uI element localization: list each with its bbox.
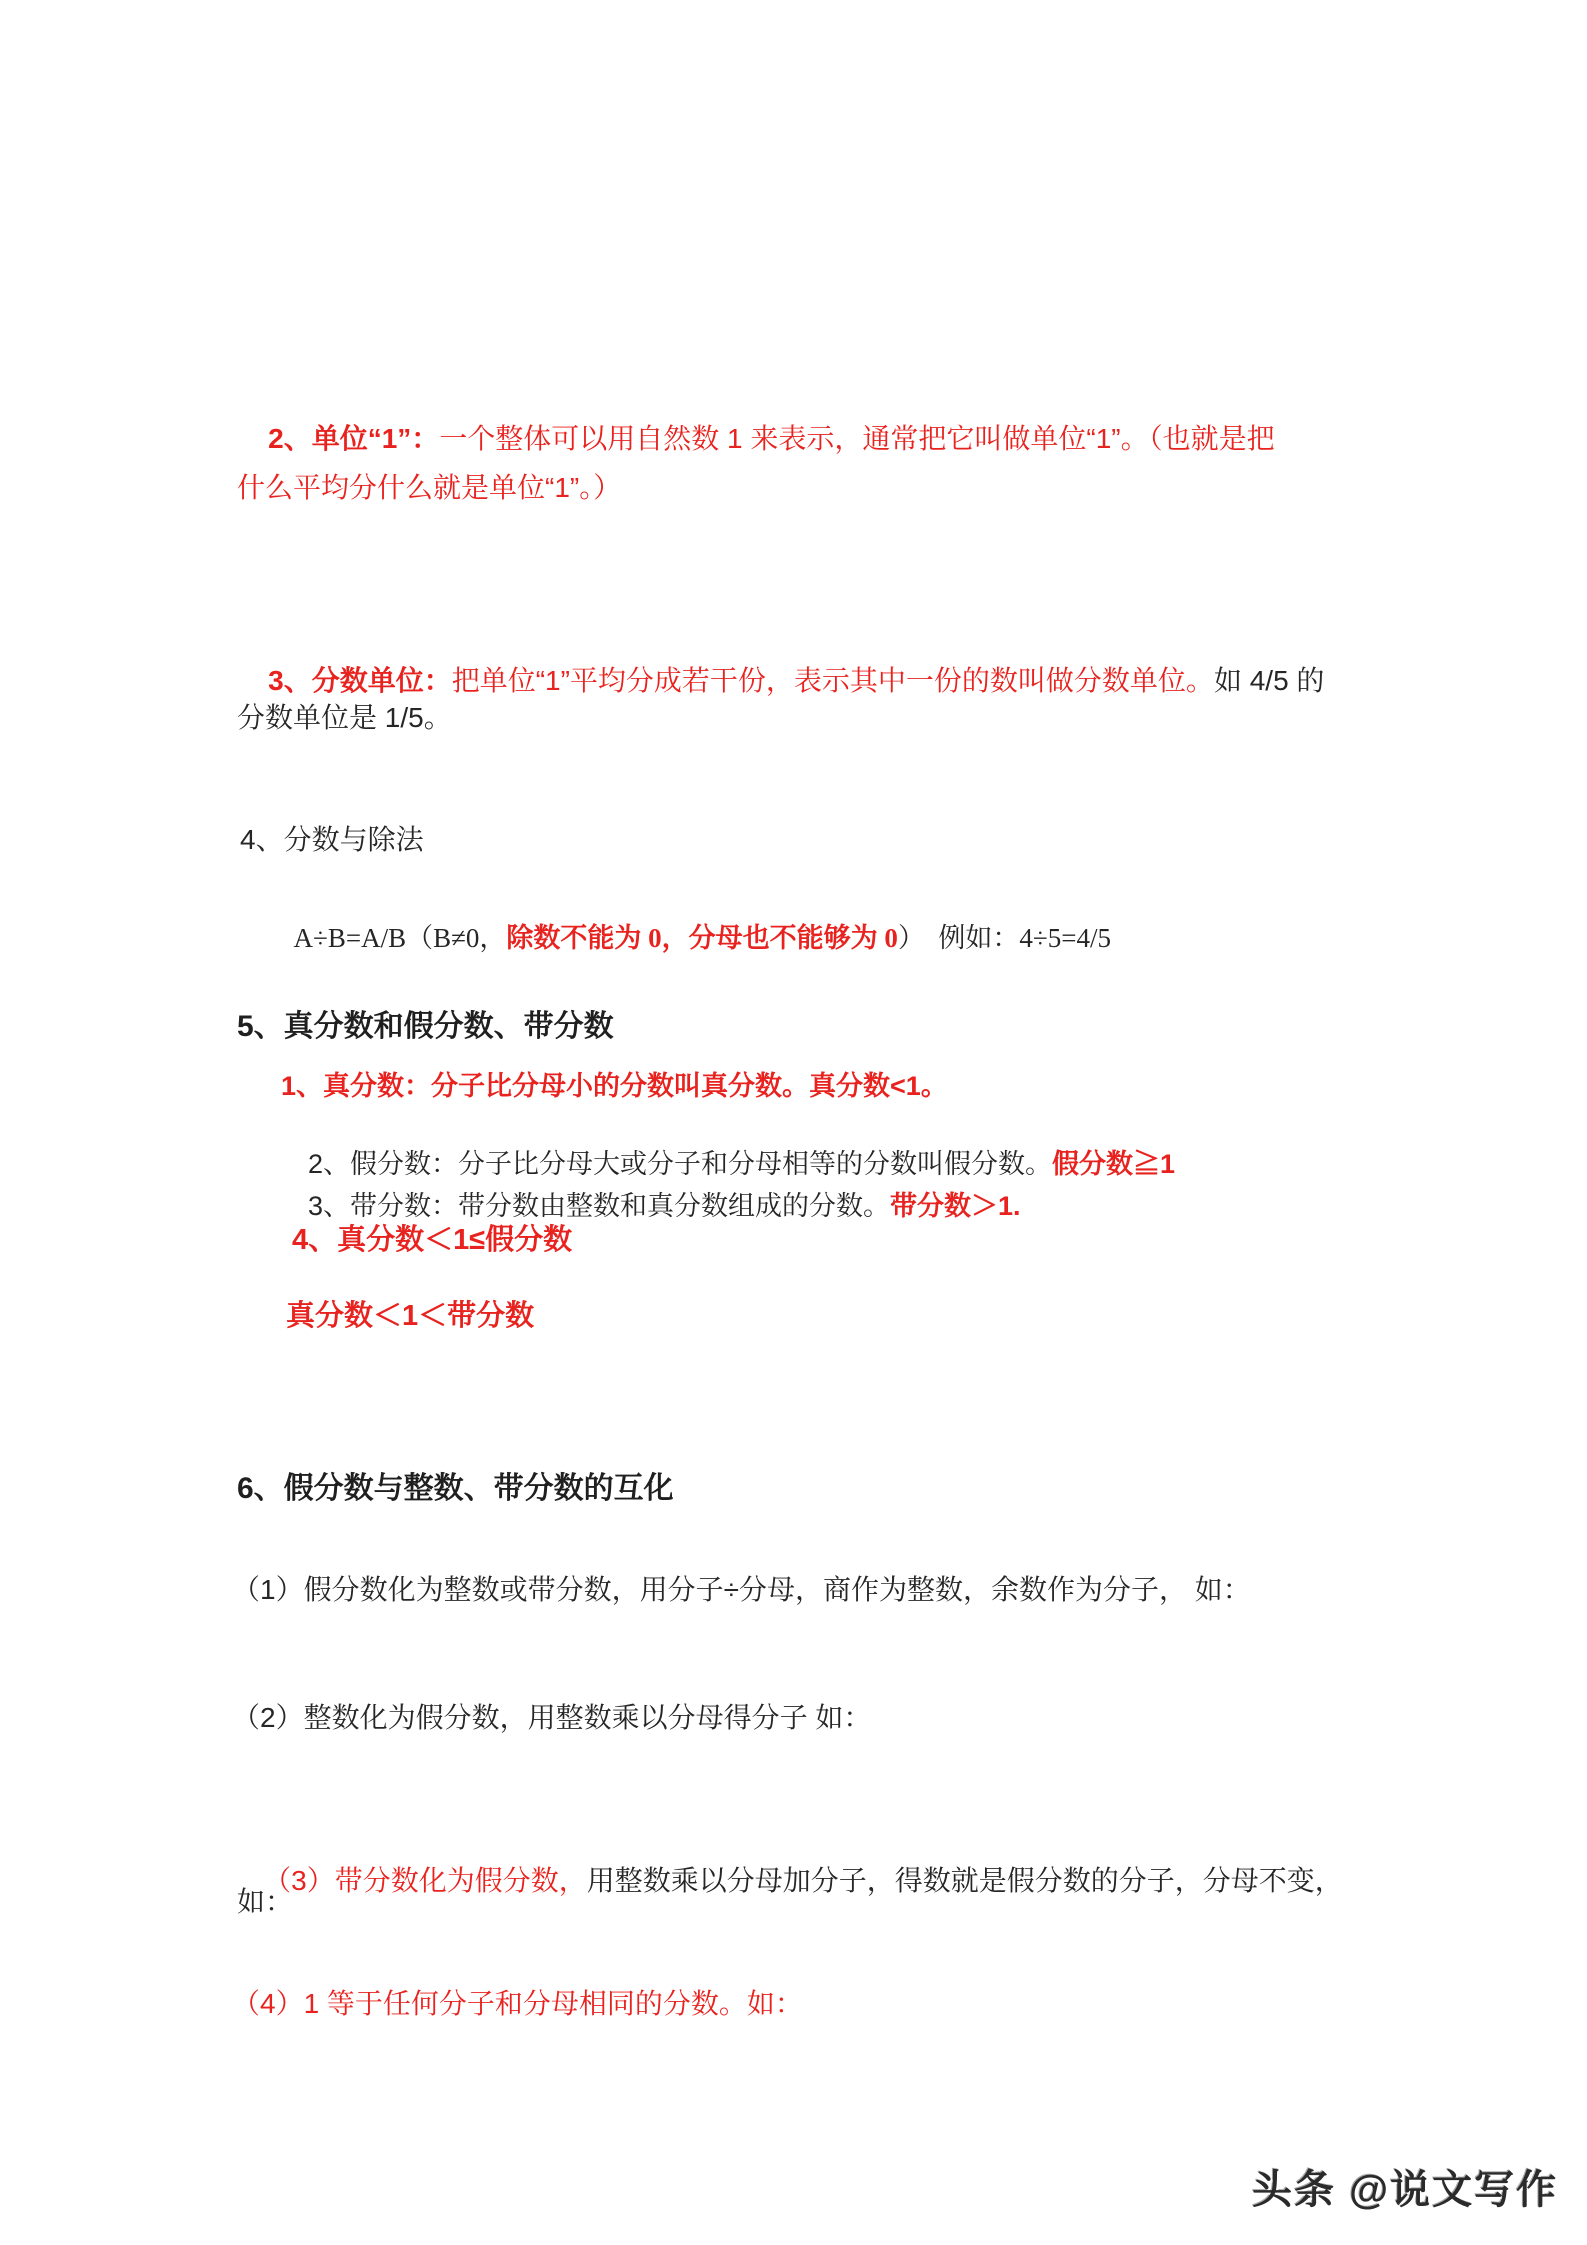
- item3-definition: 3、带分数：带分数由整数和真分数组成的分数。: [308, 1191, 890, 1221]
- section3-example-start: 如 4/5 的: [1214, 665, 1324, 696]
- section6-p3-line2: 如：: [237, 1884, 293, 1919]
- formula-example: ） 例如：4÷5=4/5: [898, 923, 1111, 953]
- p3-black-rest: 用整数乘以分母加分子，得数就是假分数的分子，分母不变，: [587, 1865, 1343, 1896]
- section4-formula: A÷B=A/B（B≠0，除数不能为 0，分母也不能够为 0） 例如：4÷5=4/…: [268, 888, 1111, 989]
- section6-p1: （1）假分数化为整数或带分数，用分子÷分母，商作为整数，余数作为分子， 如：: [232, 1572, 1251, 1607]
- section5-item4: 4、真分数＜1≤假分数: [292, 1222, 572, 1258]
- formula-left: A÷B=A/B（B≠0，: [294, 923, 507, 953]
- p3-red-lead: （3）带分数化为假分数，: [263, 1865, 587, 1896]
- section6-p4: （4）1 等于任何分子和分母相同的分数。如：: [232, 1986, 803, 2021]
- section3-line2: 分数单位是 1/5。: [237, 700, 452, 735]
- document-page: 2、单位“1”：一个整体可以用自然数 1 来表示，通常把它叫做单位“1”。（也就…: [0, 0, 1587, 2245]
- section2-line2: 什么平均分什么就是单位“1”。）: [237, 470, 621, 505]
- section3-definition: 把单位“1”平均分成若干份，表示其中一份的数叫做分数单位。: [452, 665, 1214, 696]
- section6-p2: （2）整数化为假分数，用整数乘以分母得分子 如：: [232, 1700, 871, 1735]
- section5-item1: 1、真分数：分子比分母小的分数叫真分数。真分数<1。: [281, 1070, 948, 1104]
- item3-rule: 带分数＞1.: [890, 1191, 1021, 1221]
- section6-p3: （3）带分数化为假分数，用整数乘以分母加分子，得数就是假分数的分子，分母不变，: [232, 1828, 1343, 1933]
- item2-rule: 假分数≧1: [1052, 1149, 1175, 1179]
- formula-red-note: 除数不能为 0，分母也不能够为 0: [506, 923, 898, 953]
- section4-heading: 4、分数与除法: [240, 822, 424, 857]
- toutiao-watermark: 头条 @说文写作: [1252, 2158, 1558, 2215]
- section2-body: 一个整体可以用自然数 1 来表示，通常把它叫做单位“1”。（也就是把: [439, 423, 1274, 454]
- section2-lead: 2、单位“1”：: [268, 423, 439, 454]
- section5-heading: 5、真分数和假分数、带分数: [237, 1008, 614, 1046]
- section3-lead: 3、分数单位：: [268, 665, 452, 696]
- section6-heading: 6、假分数与整数、带分数的互化: [237, 1470, 674, 1508]
- section5-item5: 真分数＜1＜带分数: [286, 1298, 534, 1334]
